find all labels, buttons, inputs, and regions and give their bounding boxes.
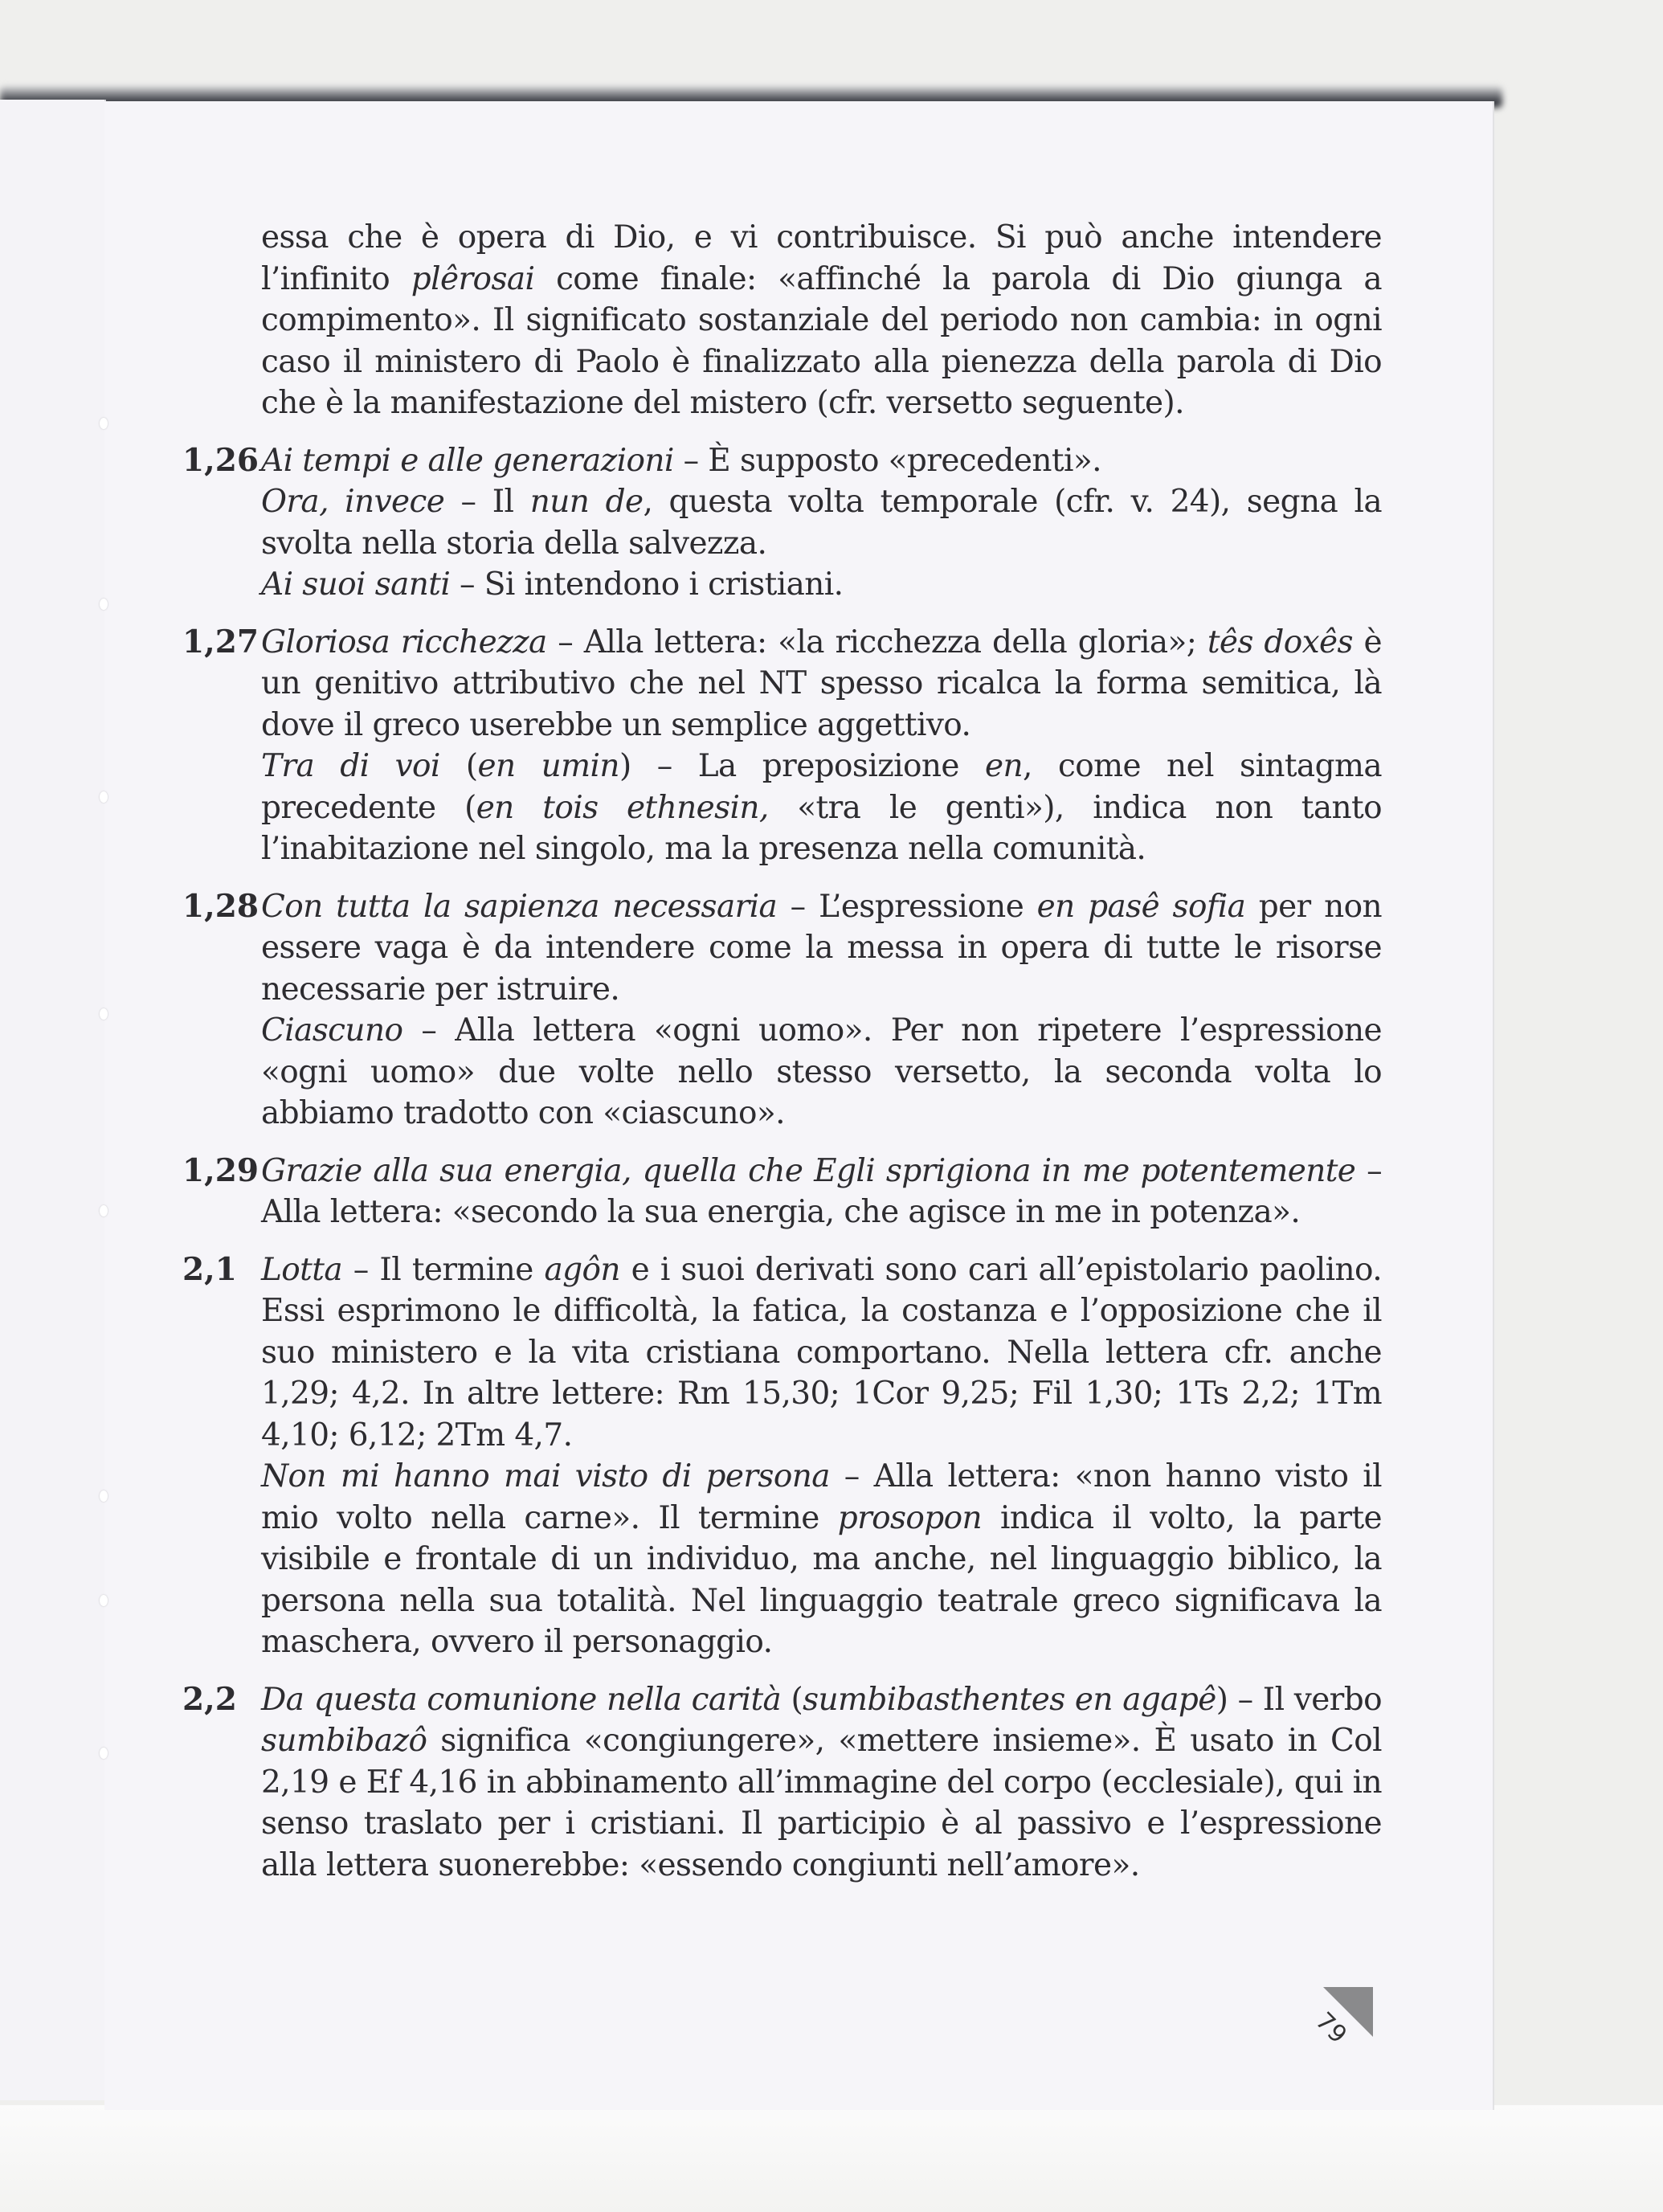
text-run: – Si intendono i cristiani. (450, 566, 843, 603)
verse-note: Gloriosa ricchezza – Alla lettera: «la r… (261, 622, 1382, 746)
italic-term: sumbibazô (261, 1723, 427, 1759)
text-run: – L’espressione (777, 889, 1036, 925)
verse-notes-list: 1,26Ai tempi e alle generazioni – È supp… (261, 440, 1382, 1887)
staple-hole (100, 599, 108, 610)
staple-hole (100, 791, 108, 803)
italic-term: prosopon (838, 1500, 982, 1536)
scanner-background (0, 2105, 1663, 2212)
staple-hole (100, 1490, 108, 1502)
verse-number: 1,29 (182, 1151, 259, 1192)
verse-number: 2,2 (182, 1679, 237, 1721)
italic-term: Grazie alla sua energia, quella che Egli… (261, 1153, 1355, 1189)
text-run: – È supposto «precedenti». (674, 443, 1101, 479)
italic-term: Ora, invece (261, 484, 444, 520)
verse-note: Non mi hanno mai visto di persona – Alla… (261, 1456, 1382, 1663)
italic-term: en tois ethnesin, (476, 790, 769, 826)
italic-term: en pasê sofia (1037, 889, 1246, 925)
italic-term: Gloriosa ricchezza (261, 624, 547, 660)
italic-term: sumbibasthentes en agapê (803, 1682, 1216, 1718)
text-run: – Alla lettera «ogni uomo». Per non ripe… (261, 1012, 1382, 1131)
italic-term: tês doxês (1207, 624, 1353, 660)
staple-hole (100, 418, 108, 429)
text-run: – Alla lettera: «la ricchezza della glor… (547, 624, 1207, 660)
italic-term: Tra di voi (261, 748, 440, 784)
italic-term: nun de (530, 484, 644, 520)
staple-hole (100, 1008, 108, 1020)
italic-term: Lotta (261, 1252, 342, 1288)
staple-hole (100, 1205, 108, 1216)
italic-term: Ai suoi santi (261, 566, 450, 603)
verse-number: 1,28 (182, 886, 259, 928)
text-run: – Il termine (342, 1252, 544, 1288)
text-run: ) – La preposizione (619, 748, 985, 784)
verse-entry: 2,2Da questa comunione nella carità (sum… (261, 1679, 1382, 1887)
verse-entry: 1,27Gloriosa ricchezza – Alla lettera: «… (261, 622, 1382, 870)
text-run: significa «congiungere», «mettere insiem… (261, 1723, 1382, 1883)
text-run: – Il (444, 484, 530, 520)
italic-term: Da questa comunione nella carità (261, 1682, 781, 1718)
verse-note: Ai suoi santi – Si intendono i cristiani… (261, 564, 1382, 606)
verse-entry: 2,1Lotta – Il termine agôn e i suoi deri… (261, 1249, 1382, 1663)
verse-note: Con tutta la sapienza necessaria – L’esp… (261, 886, 1382, 1011)
staple-hole (100, 1595, 108, 1606)
facing-page-edge (0, 100, 106, 2100)
italic-term: Con tutta la sapienza necessaria (261, 889, 777, 925)
verse-note: Lotta – Il termine agôn e i suoi derivat… (261, 1249, 1382, 1457)
text-run: ( (781, 1682, 803, 1718)
staple-hole (100, 1748, 108, 1759)
commentary-text: essa che è opera di Dio, e vi contribuis… (261, 217, 1382, 1886)
italic-term: plêrosai (411, 261, 535, 297)
verse-note: Tra di voi (en umin) – La preposizione e… (261, 746, 1382, 870)
verse-entry: 1,26Ai tempi e alle generazioni – È supp… (261, 440, 1382, 606)
verse-number: 1,26 (182, 440, 259, 482)
text-run: ) – Il verbo (1216, 1682, 1382, 1718)
text-run: ( (440, 748, 478, 784)
continued-paragraph: essa che è opera di Dio, e vi contribuis… (261, 217, 1382, 424)
italic-term: agôn (544, 1252, 619, 1288)
verse-entry: 1,29Grazie alla sua energia, quella che … (261, 1151, 1382, 1233)
verse-number: 1,27 (182, 622, 259, 664)
italic-term: en (985, 748, 1023, 784)
verse-note: Ciascuno – Alla lettera «ogni uomo». Per… (261, 1010, 1382, 1135)
verse-entry: 1,28Con tutta la sapienza necessaria – L… (261, 886, 1382, 1135)
italic-term: en umin (478, 748, 619, 784)
verse-note: Ai tempi e alle generazioni – È supposto… (261, 440, 1382, 482)
verse-note: Ora, invece – Il nun de, questa volta te… (261, 481, 1382, 564)
italic-term: Non mi hanno mai visto di persona (261, 1458, 830, 1494)
italic-term: Ciascuno (261, 1012, 402, 1049)
verse-number: 2,1 (182, 1249, 237, 1291)
italic-term: Ai tempi e alle generazioni (261, 443, 674, 479)
verse-note: Da questa comunione nella carità (sumbib… (261, 1679, 1382, 1887)
verse-note: Grazie alla sua energia, quella che Egli… (261, 1151, 1382, 1233)
